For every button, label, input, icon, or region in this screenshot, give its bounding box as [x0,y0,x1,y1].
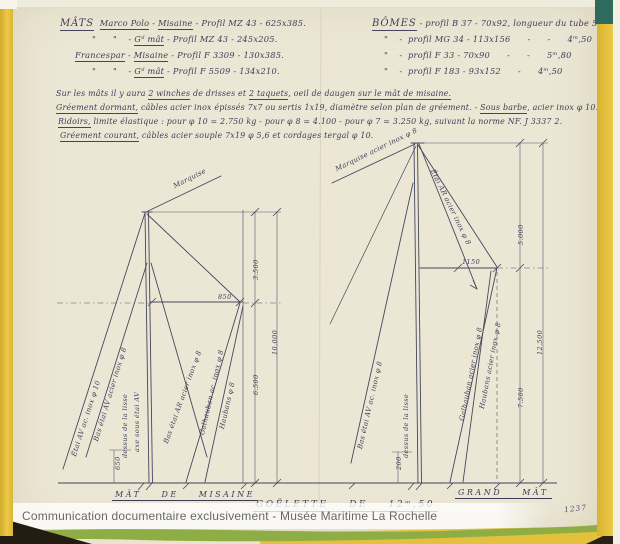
misaine-lisse-note: dessus de la lisse [121,394,129,458]
misaine-spreader-dim-850: 850 [218,293,232,301]
grand-mat-dim-total-12500: 12.500 [536,330,544,355]
bomes-spec-line-4: " - profil F 183 - 93x152 - 4ᵐ,50 [384,66,563,76]
grand-mat-spreader-dim-1150: 1150 [462,258,480,266]
yellow-frame-right [597,22,613,536]
white-corner-notch [0,0,17,9]
misaine-axe-note: axe sous étai AV [133,392,141,452]
grand-mat-dim-5000: 5.000 [517,224,525,245]
caption-grand-mat: GRAND MÂT [455,488,552,499]
mats-spec-line-2: " " - Gᵈ mât - Profil MZ 43 - 245x205. [92,34,278,44]
misaine-dim-6500: 6.500 [252,374,260,395]
misaine-dim-3500: 3.500 [252,259,260,280]
bomes-spec-line-1: BÔMES - profil B 37 - 70x92, longueur du… [372,18,617,29]
yellow-frame-left [0,7,13,536]
mats-spec-line-3: Francespar - Misaine - Profil F 3309 - 1… [75,50,284,60]
mats-spec-line-1: MÂTS Marco Polo - Misaine - Profil MZ 43… [60,18,306,29]
scanned-rigging-plan: MÂTS Marco Polo - Misaine - Profil MZ 43… [0,0,620,544]
note-greement-dormant: Gréement dormant, câbles acier inox épis… [56,103,598,112]
note-ridoirs: Ridoirs, limite élastique : pour φ 10 = … [58,117,562,126]
grand-mat-dim-7500: 7.500 [517,387,525,408]
misaine-dim-total-10000: 10.000 [271,330,279,355]
misaine-lisse-650-dim: 650 [114,456,122,470]
note-greement-courant: Gréement courant, câbles acier souple 7x… [60,131,374,140]
scan-edge-right [613,0,620,544]
teal-corner-mark [595,0,613,24]
bomes-spec-line-2: " - profil MG 34 - 113x156 - - 4ᵐ,50 [384,34,592,44]
grand-mat-lisse-note: dessus de la lisse [402,394,410,458]
rigging-diagram-lines [0,0,620,544]
grand-mat-lisse-200-dim: 200 [395,456,403,470]
bomes-spec-line-3: " - profil F 33 - 70x90 - - 5ᵐ,80 [384,50,572,60]
scan-bottom-frame [0,500,620,544]
note-winches: Sur les mâts il y aura 2 winches de dris… [56,89,451,98]
mats-spec-line-4: " " - Gᵈ mât - Profil F 5509 - 134x210. [92,66,280,76]
